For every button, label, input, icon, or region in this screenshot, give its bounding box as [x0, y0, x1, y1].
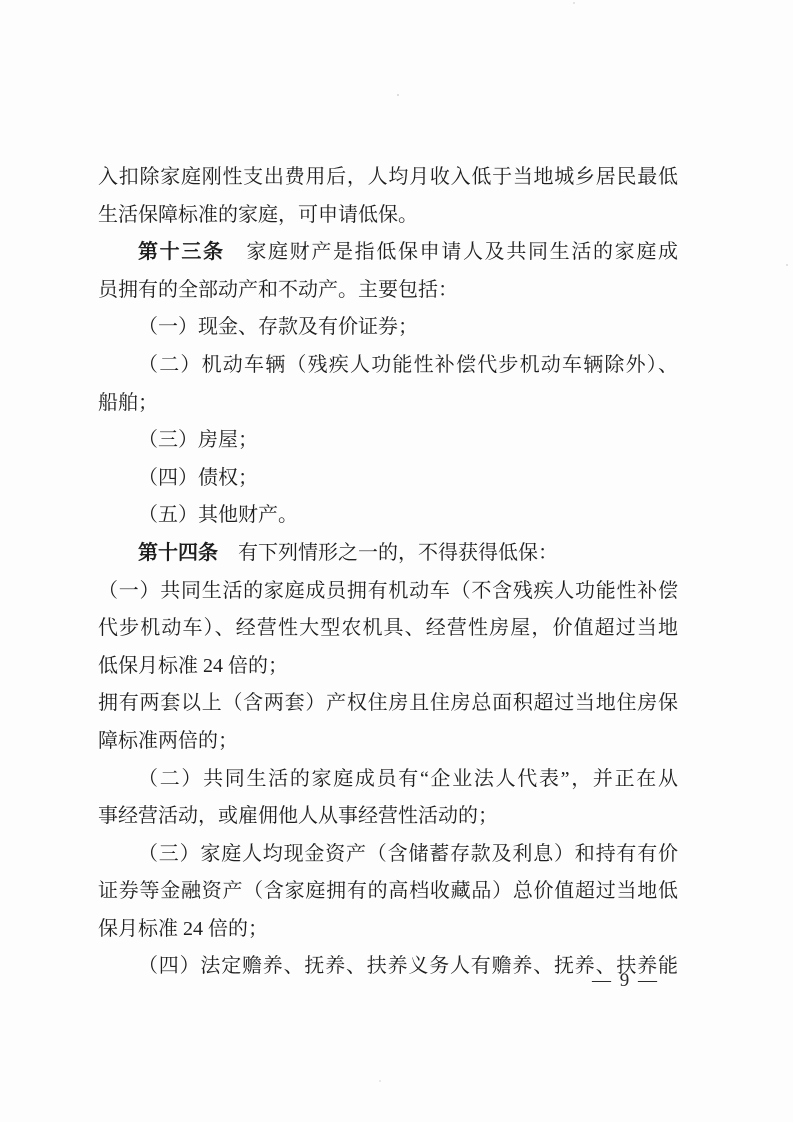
- text-line: 员拥有的全部动产和不动产。主要包括：: [98, 272, 678, 310]
- text-line: （四）法定赡养、抚养、扶养义务人有赡养、抚养、扶养能: [98, 948, 678, 986]
- scan-speck: [786, 264, 788, 266]
- text-line: 入扣除家庭刚性支出费用后，人均月收入低于当地城乡居民最低: [98, 159, 678, 197]
- text-line: 代步机动车）、经营性大型农机具、经营性房屋，价值超过当地: [98, 610, 678, 648]
- text-line: 低保月标准 24 倍的；: [98, 648, 678, 686]
- scan-speck: [573, 2, 575, 4]
- scan-speck: [379, 1080, 381, 1082]
- text-line: 保月标准 24 倍的；: [98, 911, 678, 949]
- article-number: 第十三条: [138, 241, 225, 263]
- text-line: （三）房屋；: [98, 422, 678, 460]
- text-line: 事经营活动，或雇佣他人从事经营性活动的；: [98, 798, 678, 836]
- scan-speck: [397, 94, 399, 96]
- text-line: （五）其他财产。: [98, 497, 678, 535]
- text-line: （二）共同生活的家庭成员有“企业法人代表”，并正在从: [98, 761, 678, 799]
- text-line: 拥有两套以上（含两套）产权住房且住房总面积超过当地住房保: [98, 685, 678, 723]
- text-line: 船舶；: [98, 385, 678, 423]
- text-line: 第十三条 家庭财产是指低保申请人及共同生活的家庭成: [98, 234, 678, 272]
- document-body: 入扣除家庭刚性支出费用后，人均月收入低于当地城乡居民最低生活保障标准的家庭，可申…: [98, 159, 678, 986]
- text-line: （三）家庭人均现金资产（含储蓄存款及利息）和持有有价: [98, 836, 678, 874]
- text-line: 证券等金融资产（含家庭拥有的高档收藏品）总价值超过当地低: [98, 873, 678, 911]
- text-line: （一）共同生活的家庭成员拥有机动车（不含残疾人功能性补偿: [98, 573, 678, 611]
- article-number: 第十四条: [138, 542, 218, 564]
- text-line: （四）债权；: [98, 460, 678, 498]
- document-page: 入扣除家庭刚性支出费用后，人均月收入低于当地城乡居民最低生活保障标准的家庭，可申…: [0, 0, 793, 1122]
- page-number: — 9 —: [592, 970, 659, 992]
- text-line: （一）现金、存款及有价证券；: [98, 309, 678, 347]
- text-line: 障标准两倍的；: [98, 723, 678, 761]
- text-line: （二）机动车辆（残疾人功能性补偿代步机动车辆除外）、: [98, 347, 678, 385]
- text-line: 生活保障标准的家庭，可申请低保。: [98, 197, 678, 235]
- text-line: 第十四条 有下列情形之一的，不得获得低保：: [98, 535, 678, 573]
